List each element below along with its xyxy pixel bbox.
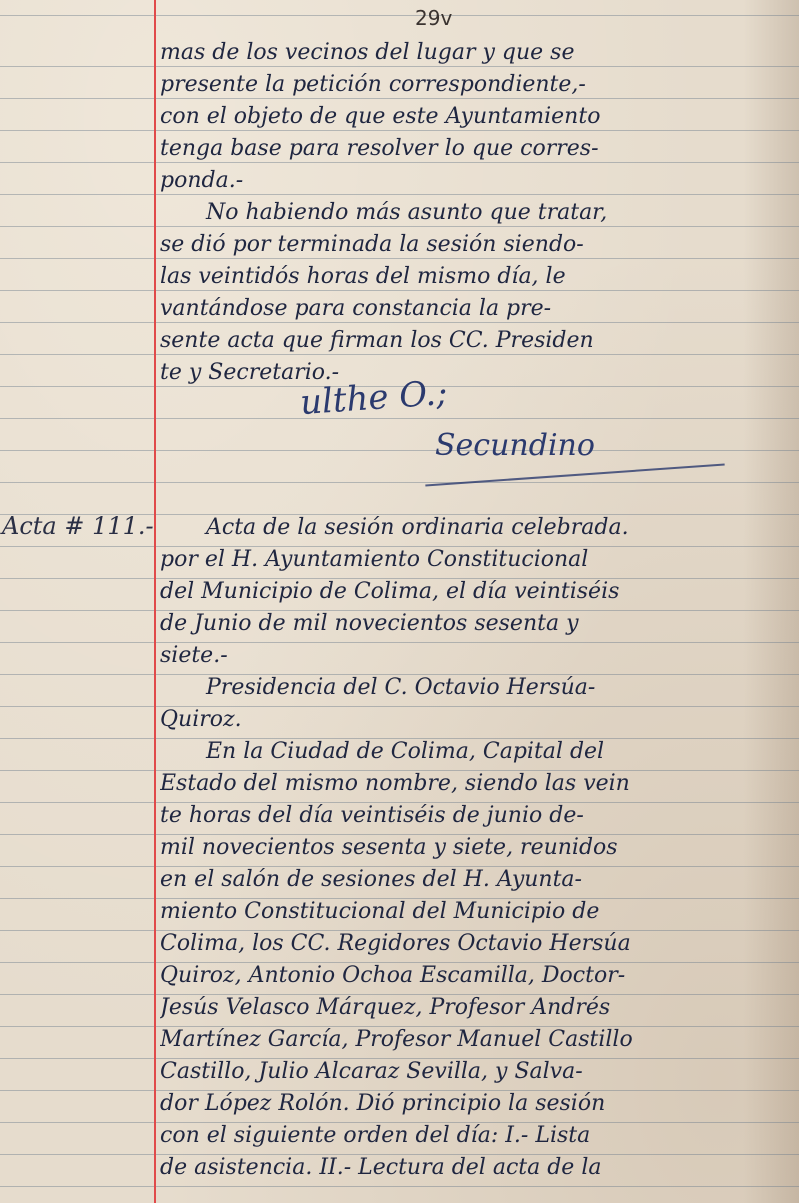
secretary-signature: Secundino: [435, 428, 595, 463]
text-line: Colima, los CC. Regidores Octavio Hersúa: [160, 928, 790, 960]
text-line: presente la petición correspondiente,-: [160, 69, 790, 101]
text-line: Estado del mismo nombre, siendo las vein: [160, 768, 790, 800]
text-line: las veintidós horas del mismo día, le: [160, 261, 790, 293]
text-line: Jesús Velasco Márquez, Profesor Andrés: [160, 992, 790, 1024]
text-line: por el H. Ayuntamiento Constitucional: [160, 544, 790, 576]
text-line: de asistencia. II.- Lectura del acta de …: [160, 1152, 790, 1184]
text-line: de Junio de mil novecientos sesenta y: [160, 608, 790, 640]
text-line: Quiroz.: [160, 704, 790, 736]
text-line: En la Ciudad de Colima, Capital del: [160, 736, 790, 768]
continuation-paragraph: mas de los vecinos del lugar y que se pr…: [160, 37, 790, 197]
text-line: mas de los vecinos del lugar y que se: [160, 37, 790, 69]
text-line: Castillo, Julio Alcaraz Sevilla, y Salva…: [160, 1056, 790, 1088]
text-line: mil novecientos sesenta y siete, reunido…: [160, 832, 790, 864]
text-line: en el salón de sesiones del H. Ayunta-: [160, 864, 790, 896]
text-line: sente acta que firman los CC. Presiden: [160, 325, 790, 357]
text-line: con el siguiente orden del día: I.- List…: [160, 1120, 790, 1152]
closing-paragraph: No habiendo más asunto que tratar, se di…: [160, 197, 790, 389]
text-line: siete.-: [160, 640, 790, 672]
page-number: 29v: [415, 6, 452, 30]
text-line: Acta de la sesión ordinaria celebrada.: [160, 512, 790, 544]
ledger-page: 29v mas de los vecinos del lugar y que s…: [0, 0, 799, 1203]
text-line: ponda.-: [160, 165, 790, 197]
text-line: con el objeto de que este Ayuntamiento: [160, 101, 790, 133]
red-margin-line: [154, 0, 156, 1203]
text-line: dor López Rolón. Dió principio la sesión: [160, 1088, 790, 1120]
text-line: tenga base para resolver lo que corres-: [160, 133, 790, 165]
acta-111-body: Acta de la sesión ordinaria celebrada. p…: [160, 512, 790, 1184]
text-line: te y Secretario.-: [160, 357, 790, 389]
text-line: Martínez García, Profesor Manuel Castill…: [160, 1024, 790, 1056]
text-line: del Municipio de Colima, el día veintisé…: [160, 576, 790, 608]
text-line: te horas del día veintiséis de junio de-: [160, 800, 790, 832]
text-line: No habiendo más asunto que tratar,: [160, 197, 790, 229]
text-line: Quiroz, Antonio Ochoa Escamilla, Doctor-: [160, 960, 790, 992]
text-line: vantándose para constancia la pre-: [160, 293, 790, 325]
acta-number-margin-note: Acta # 111.-: [2, 512, 154, 540]
text-line: Presidencia del C. Octavio Hersúa-: [160, 672, 790, 704]
text-line: se dió por terminada la sesión siendo-: [160, 229, 790, 261]
text-line: miento Constitucional del Municipio de: [160, 896, 790, 928]
